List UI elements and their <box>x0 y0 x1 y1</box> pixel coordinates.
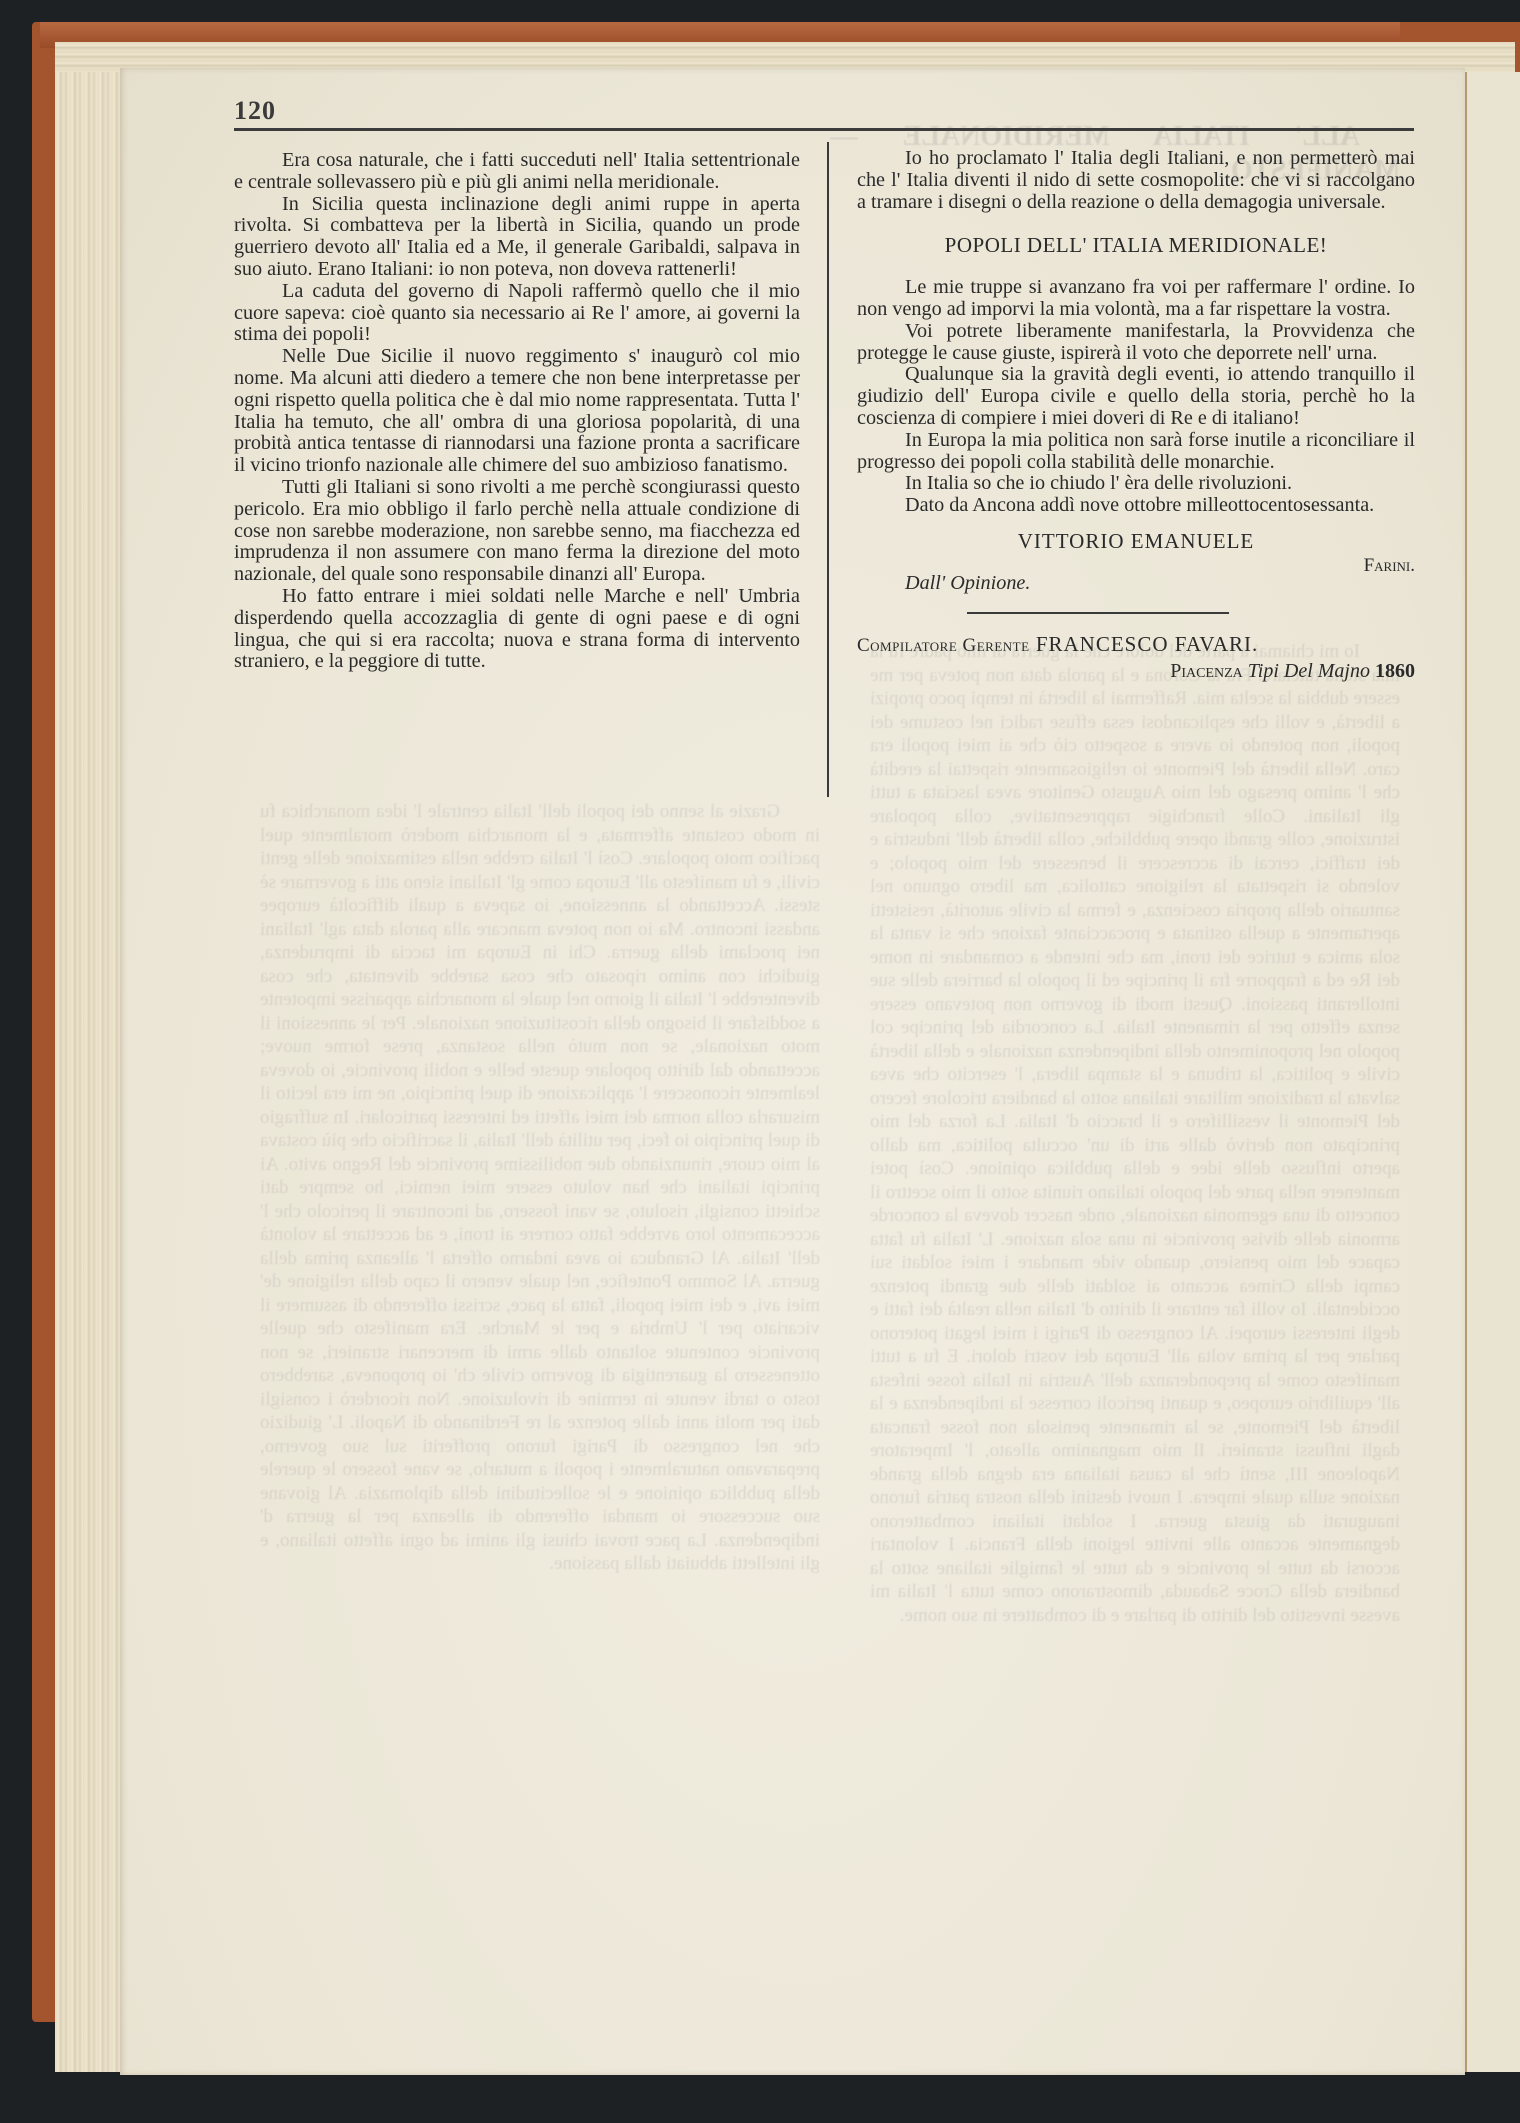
paragraph: Qualunque sia la gravità degli eventi, i… <box>857 364 1415 429</box>
paragraph: Dato da Ancona addì nove ottobre milleot… <box>857 495 1415 517</box>
page-stack-left-edge <box>55 42 125 2072</box>
signature: VITTORIO EMANUELE <box>857 531 1415 553</box>
bleed-through-right-text: Io mi chiamai a parte del dolore che la … <box>870 640 1400 1627</box>
imprint-editor: Compilatore Gerente FRANCESCO FAVARI. <box>857 634 1415 657</box>
paragraph: Nelle Due Sicilie il nuovo reggimento s'… <box>234 346 800 477</box>
paragraph: In Europa la mia politica non sarà forse… <box>857 430 1415 474</box>
paragraph: Io ho proclamato l' Italia degli Italian… <box>857 148 1415 213</box>
header-rule <box>234 128 1414 131</box>
paragraph: Era cosa naturale, che i fatti succeduti… <box>234 150 800 194</box>
paragraph: In Italia so che io chiudo l' èra delle … <box>857 473 1415 495</box>
paragraph: Le mie truppe si avanzano fra voi per ra… <box>857 277 1415 321</box>
paragraph: Tutti gli Italiani si sono rivolti a me … <box>234 477 800 586</box>
right-column: Io ho proclamato l' Italia degli Italian… <box>857 148 1415 683</box>
bleed-through-left: Grazie al senno dei popoli dell' Italia … <box>260 800 820 1900</box>
section-heading: POPOLI DELL' ITALIA MERIDIONALE! <box>857 235 1415 257</box>
paragraph: La caduta del governo di Napoli raffermò… <box>234 281 800 346</box>
imprint-printer-name: Tipi Del Majno <box>1248 660 1370 682</box>
bleed-through-right: Io mi chiamai a parte del dolore che la … <box>870 640 1400 1920</box>
imprint-name: FRANCESCO FAVARI. <box>1036 632 1258 656</box>
facing-page-edge <box>1465 72 1520 2072</box>
column-divider <box>827 142 829 797</box>
paragraph: Ho fatto entrare i miei soldati nelle Ma… <box>234 586 800 673</box>
paragraph: In Sicilia questa inclinazione degli ani… <box>234 194 800 281</box>
imprint-printer: Piacenza Tipi Del Majno 1860 <box>857 661 1415 683</box>
imprint-year: 1860 <box>1375 660 1415 682</box>
page-number: 120 <box>234 96 276 126</box>
bleed-through-left-text: Grazie al senno dei popoli dell' Italia … <box>260 800 820 1576</box>
paragraph: Voi potrete liberamente manifestarla, la… <box>857 321 1415 365</box>
left-column: Era cosa naturale, che i fatti succeduti… <box>234 150 800 673</box>
imprint-role: Compilatore Gerente <box>857 635 1030 656</box>
section-rule <box>967 612 1229 614</box>
source-attribution: Dall' Opinione. <box>857 573 1415 595</box>
imprint-city: Piacenza <box>1170 660 1243 682</box>
